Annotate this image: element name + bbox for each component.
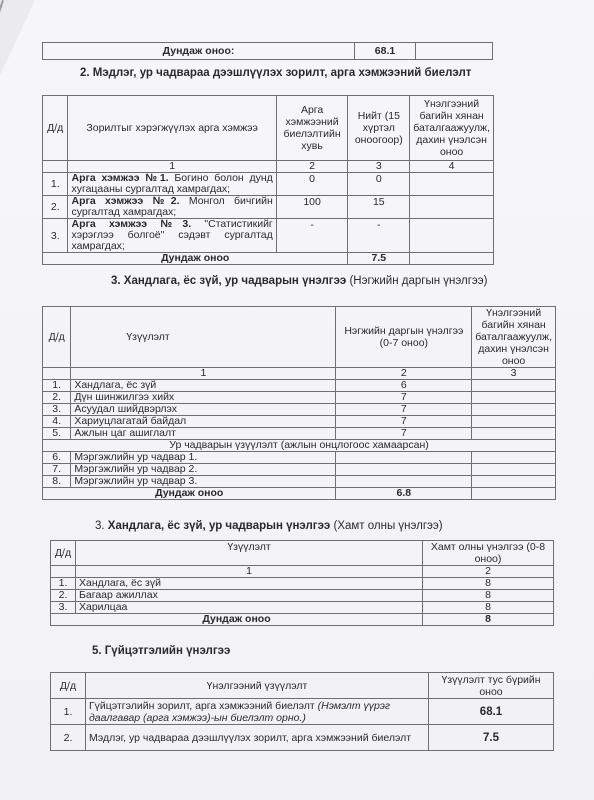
section3b-table: Д/д Үзүүлэлт Хамт олны үнэлгээ (0-8 оноо… (50, 540, 554, 626)
row-label: Асуудал шийдвэрлэх (71, 404, 336, 416)
table-row: 3.Асуудал шийдвэрлэх7 (43, 404, 556, 416)
row-action: Арга хэмжээ №2. Монгол бичгийн сургалтад… (68, 196, 276, 219)
table-row: 1.Хандлага, ёс зүй8 (51, 578, 554, 590)
row-score (336, 476, 472, 488)
table-row: 3. Арга хэмжээ №3. "Статистикийг хэрэглэ… (43, 219, 494, 253)
row-label: Хариуцлагатай байдал (71, 416, 336, 428)
table-row: 2. Арга хэмжээ №2. Монгол бичгийн сургал… (43, 196, 494, 219)
row-num: 1. (51, 578, 76, 590)
row-num: 1. (43, 173, 68, 196)
row-reval (472, 404, 556, 416)
s3a-avg-label: Дундаж оноо (43, 488, 336, 500)
s3b-header-score: Хамт олны үнэлгээ (0-8 оноо) (423, 541, 554, 566)
table-row: 2.Багаар ажиллах8 (51, 590, 554, 602)
section3b-title-num: 3. (95, 520, 108, 532)
top-summary-value: 68.1 (355, 43, 416, 60)
row-action: Арга хэмжээ №3. "Статистикийг хэрэглээ б… (68, 219, 276, 253)
s3b-colnum-1: 1 (76, 566, 423, 578)
s3a-avg-value: 6.8 (336, 488, 472, 500)
s2-colnum-blank (43, 161, 68, 173)
s3a-subheader: Ур чадварын үзүүлэлт (ажлын онцлогоос ха… (43, 440, 556, 452)
top-summary-label: Дундаж оноо: (43, 43, 355, 60)
s2-header-num: Д/д (43, 96, 68, 161)
row-reval (472, 476, 556, 488)
row-reval (472, 464, 556, 476)
table-row: 2. Мэдлэг, ур чадвараа дээшлүүлэх зорилт… (51, 725, 554, 751)
s2-avg-extra (410, 253, 494, 265)
s3b-avg-value: 8 (423, 614, 554, 626)
s3a-header-indicator: Үзүүлэлт (71, 307, 336, 368)
row-total: - (348, 219, 410, 253)
row-label: Мэргэжлийн ур чадвар 2. (71, 464, 336, 476)
row-label-text: Гүйцэтгэлийн зорилт, арга хэмжээний биел… (89, 700, 318, 712)
row-reval (472, 380, 556, 392)
row-score: 8 (423, 578, 554, 590)
row-score: 68.1 (429, 699, 554, 725)
section5-title: 5. Гүйцэтгэлийн үнэлгээ (92, 645, 230, 657)
section5-table: Д/д Үнэлгээний үзүүлэлт Үзүүлэлт тус бүр… (50, 672, 554, 751)
table-row: 5.Ажлын цаг ашиглалт7 (43, 428, 556, 440)
row-label: Хандлага, ёс зүй (76, 578, 423, 590)
row-num: 8. (43, 476, 71, 488)
row-reval (472, 416, 556, 428)
row-label: Багаар ажиллах (76, 590, 423, 602)
section3b-title: 3. Хандлага, ёс зүй, ур чадварын үнэлгээ… (95, 520, 443, 532)
table-row: 7.Мэргэжлийн ур чадвар 2. (43, 464, 556, 476)
table-row: 1. Арга хэмжээ №1. Богино болон дунд хуг… (43, 173, 494, 196)
page-fold-shadow (0, 0, 40, 80)
row-label-text: Мэдлэг, ур чадвараа дээшлүүлэх зорилт, а… (89, 732, 411, 744)
s2-header-action: Зорилтыг хэрэгжүүлэх арга хэмжээ (68, 96, 276, 161)
row-num: 3. (43, 404, 71, 416)
row-num: 3. (51, 602, 76, 614)
table-row: 8.Мэргэжлийн ур чадвар 3. (43, 476, 556, 488)
s5-header-num: Д/д (51, 673, 86, 699)
s2-avg-value: 7.5 (348, 253, 410, 265)
row-pct: - (276, 219, 348, 253)
table-row: 3.Харилцаа8 (51, 602, 554, 614)
s2-colnum-1: 1 (68, 161, 276, 173)
row-num: 3. (43, 219, 68, 253)
row-score: 7 (336, 404, 472, 416)
row-score: 7.5 (429, 725, 554, 751)
row-score: 8 (423, 602, 554, 614)
row-score: 8 (423, 590, 554, 602)
s3a-colnum-1: 1 (71, 368, 336, 380)
row-score (336, 452, 472, 464)
s3b-colnum-blank (51, 566, 76, 578)
section3a-title-bold: 3. Хандлага, ёс зүй, ур чадварын үнэлгээ (111, 275, 346, 287)
document-page: Дундаж оноо: 68.1 2. Мэдлэг, ур чадвараа… (0, 0, 594, 800)
s2-colnum-4: 4 (410, 161, 494, 173)
row-num: 1. (43, 380, 71, 392)
table-row: 2.Дүн шинжилгээ хийх7 (43, 392, 556, 404)
top-summary-table: Дундаж оноо: 68.1 (42, 42, 493, 60)
section2-table: Д/д Зорилтыг хэрэгжүүлэх арга хэмжээ Арг… (42, 95, 494, 265)
row-reval (410, 219, 494, 253)
s5-header-indicator: Үнэлгээний үзүүлэлт (86, 673, 429, 699)
row-reval (472, 452, 556, 464)
top-summary-extra (416, 43, 493, 60)
row-num: 7. (43, 464, 71, 476)
row-label: Дүн шинжилгээ хийх (71, 392, 336, 404)
row-label: Мэдлэг, ур чадвараа дээшлүүлэх зорилт, а… (86, 725, 429, 751)
row-score: 6 (336, 380, 472, 392)
row-pct: 0 (276, 173, 348, 196)
s2-avg-label: Дундаж оноо (43, 253, 348, 265)
row-num: 4. (43, 416, 71, 428)
row-score: 7 (336, 416, 472, 428)
table-row: 6.Мэргэжлийн ур чадвар 1. (43, 452, 556, 464)
s2-colnum-2: 2 (276, 161, 348, 173)
row-label: Ажлын цаг ашиглалт (71, 428, 336, 440)
s2-header-pct: Арга хэмжээний биелэлтийн хувь (276, 96, 348, 161)
row-total: 15 (348, 196, 410, 219)
s2-colnum-3: 3 (348, 161, 410, 173)
s2-header-reval: Үнэлгээний багийн хянан баталгаажуулж, д… (410, 96, 494, 161)
row-action: Арга хэмжээ №1. Богино болон дунд хугаца… (68, 173, 276, 196)
s3a-header-num: Д/д (43, 307, 71, 368)
row-score: 7 (336, 428, 472, 440)
section2-title: 2. Мэдлэг, ур чадвараа дээшлүүлэх зорилт… (80, 67, 471, 79)
table-row: 1.Хандлага, ёс зүй6 (43, 380, 556, 392)
row-score: 7 (336, 392, 472, 404)
row-label: Мэргэжлийн ур чадвар 1. (71, 452, 336, 464)
s3b-header-indicator: Үзүүлэлт (76, 541, 423, 566)
row-reval (472, 428, 556, 440)
s3b-avg-label: Дундаж оноо (51, 614, 423, 626)
section3a-title-note: (Нэгжийн даргын үнэлгээ) (346, 275, 487, 287)
s3a-header-score: Нэгжийн даргын үнэлгээ (0-7 оноо) (336, 307, 472, 368)
row-num: 5. (43, 428, 71, 440)
row-label: Хандлага, ёс зүй (71, 380, 336, 392)
section3a-title: 3. Хандлага, ёс зүй, ур чадварын үнэлгээ… (111, 275, 487, 287)
s3a-header-reval: Үнэлгээний багийн хянан баталгаажуулж, д… (472, 307, 556, 368)
row-num: 2. (51, 725, 86, 751)
row-num: 6. (43, 452, 71, 464)
section3b-title-bold: Хандлага, ёс зүй, ур чадварын үнэлгээ (108, 520, 331, 532)
row-num: 2. (43, 392, 71, 404)
row-num: 2. (43, 196, 68, 219)
row-label: Гүйцэтгэлийн зорилт, арга хэмжээний биел… (86, 699, 429, 725)
row-num: 2. (51, 590, 76, 602)
s3a-avg-extra (472, 488, 556, 500)
row-reval (410, 196, 494, 219)
row-label: Мэргэжлийн ур чадвар 3. (71, 476, 336, 488)
row-total: 0 (348, 173, 410, 196)
s2-header-total: Нийт (15 хүртэл оноогоор) (348, 96, 410, 161)
row-reval (410, 173, 494, 196)
section3a-table: Д/д Үзүүлэлт Нэгжийн даргын үнэлгээ (0-7… (42, 306, 556, 500)
s5-header-score: Үзүүлэлт тус бүрийн оноо (429, 673, 554, 699)
row-num: 1. (51, 699, 86, 725)
s3b-colnum-2: 2 (423, 566, 554, 578)
section3b-title-note: (Хамт олны үнэлгээ) (330, 520, 442, 532)
row-score (336, 464, 472, 476)
row-pct: 100 (276, 196, 348, 219)
s3a-colnum-blank (43, 368, 71, 380)
s3a-colnum-3: 3 (472, 368, 556, 380)
s3b-header-num: Д/д (51, 541, 76, 566)
table-row: 1. Гүйцэтгэлийн зорилт, арга хэмжээний б… (51, 699, 554, 725)
row-reval (472, 392, 556, 404)
table-row: 4.Хариуцлагатай байдал7 (43, 416, 556, 428)
s3a-colnum-2: 2 (336, 368, 472, 380)
row-label: Харилцаа (76, 602, 423, 614)
